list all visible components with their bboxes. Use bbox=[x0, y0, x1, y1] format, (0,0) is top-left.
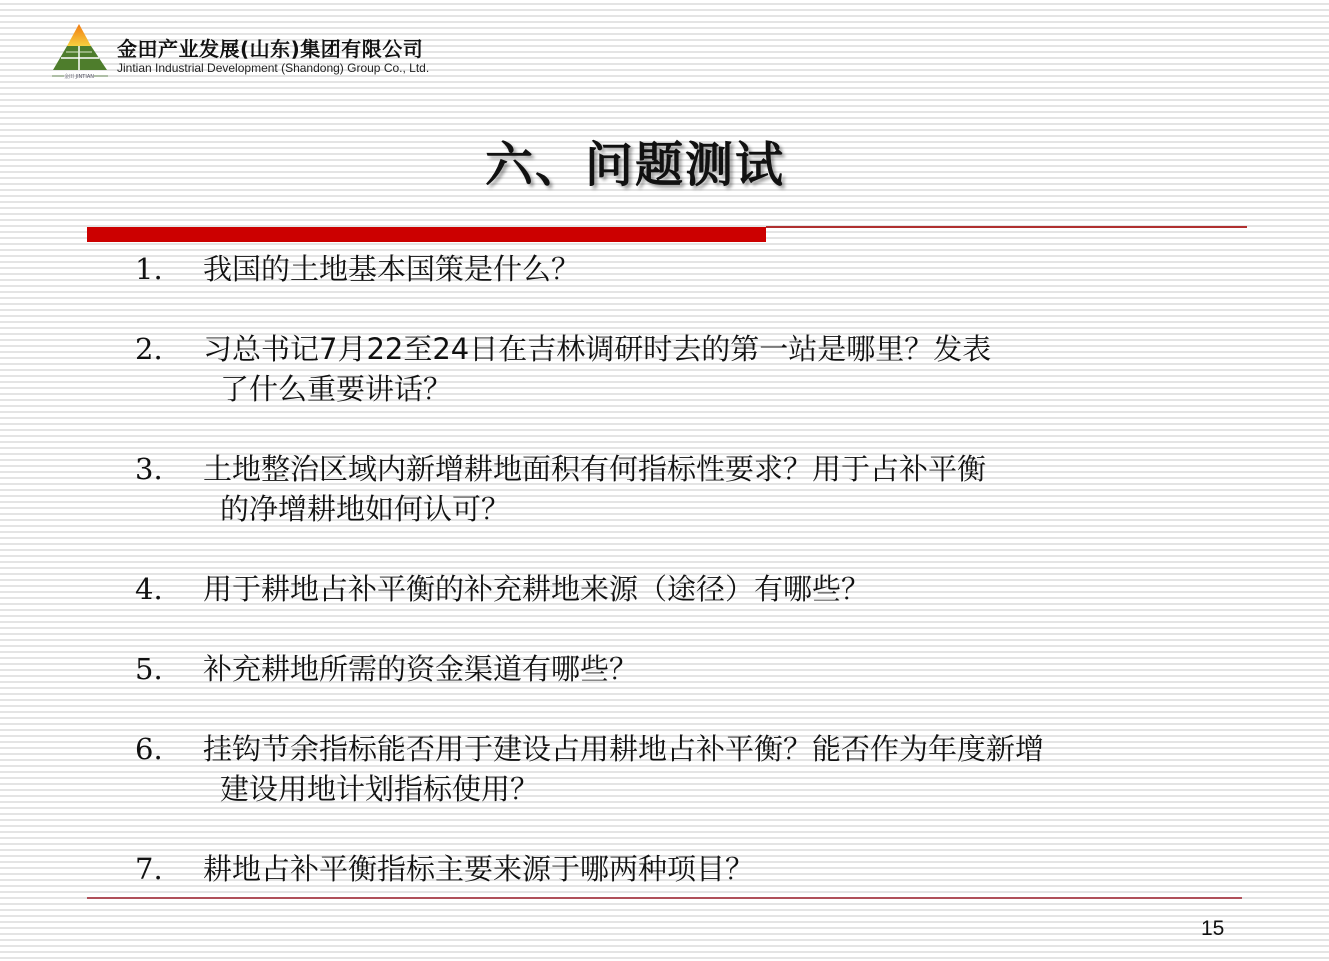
title-accent-line bbox=[766, 226, 1247, 228]
pyramid-logo-icon: 金田 JINTIAN bbox=[50, 22, 114, 82]
question-number: 1. bbox=[135, 249, 163, 289]
question-text-continued: 的净增耕地如何认可？ bbox=[220, 489, 510, 529]
company-name-en: Jintian Industrial Development (Shandong… bbox=[117, 61, 429, 75]
question-text-continued: 了什么重要讲话？ bbox=[220, 369, 452, 409]
question-text: 用于耕地占补平衡的补充耕地来源（途径）有哪些？ bbox=[203, 569, 870, 609]
slide-title: 六、问题测试 bbox=[0, 126, 1270, 195]
footer-divider bbox=[87, 897, 1242, 899]
question-number: 5. bbox=[135, 649, 163, 689]
question-text: 挂钩节余指标能否用于建设占用耕地占补平衡？能否作为年度新增 bbox=[203, 729, 1044, 769]
question-text-continued: 建设用地计划指标使用？ bbox=[220, 769, 539, 809]
question-number: 3. bbox=[135, 449, 163, 489]
question-text: 我国的土地基本国策是什么？ bbox=[203, 249, 580, 289]
page-number: 15 bbox=[1201, 917, 1224, 941]
company-name-cn: 金田产业发展(山东)集团有限公司 bbox=[117, 33, 423, 62]
question-number: 6. bbox=[135, 729, 163, 769]
question-text: 习总书记7月22至24日在吉林调研时去的第一站是哪里？发表 bbox=[203, 329, 991, 369]
question-number: 7. bbox=[135, 849, 163, 889]
company-logo: 金田 JINTIAN bbox=[50, 22, 114, 82]
svg-text:金田 JINTIAN: 金田 JINTIAN bbox=[64, 73, 94, 80]
question-number: 4. bbox=[135, 569, 163, 609]
question-text: 补充耕地所需的资金渠道有哪些？ bbox=[203, 649, 638, 689]
question-text: 土地整治区域内新增耕地面积有何指标性要求？用于占补平衡 bbox=[203, 449, 986, 489]
title-accent-bar bbox=[87, 227, 766, 242]
question-number: 2. bbox=[135, 329, 163, 369]
question-text: 耕地占补平衡指标主要来源于哪两种项目？ bbox=[203, 849, 754, 889]
